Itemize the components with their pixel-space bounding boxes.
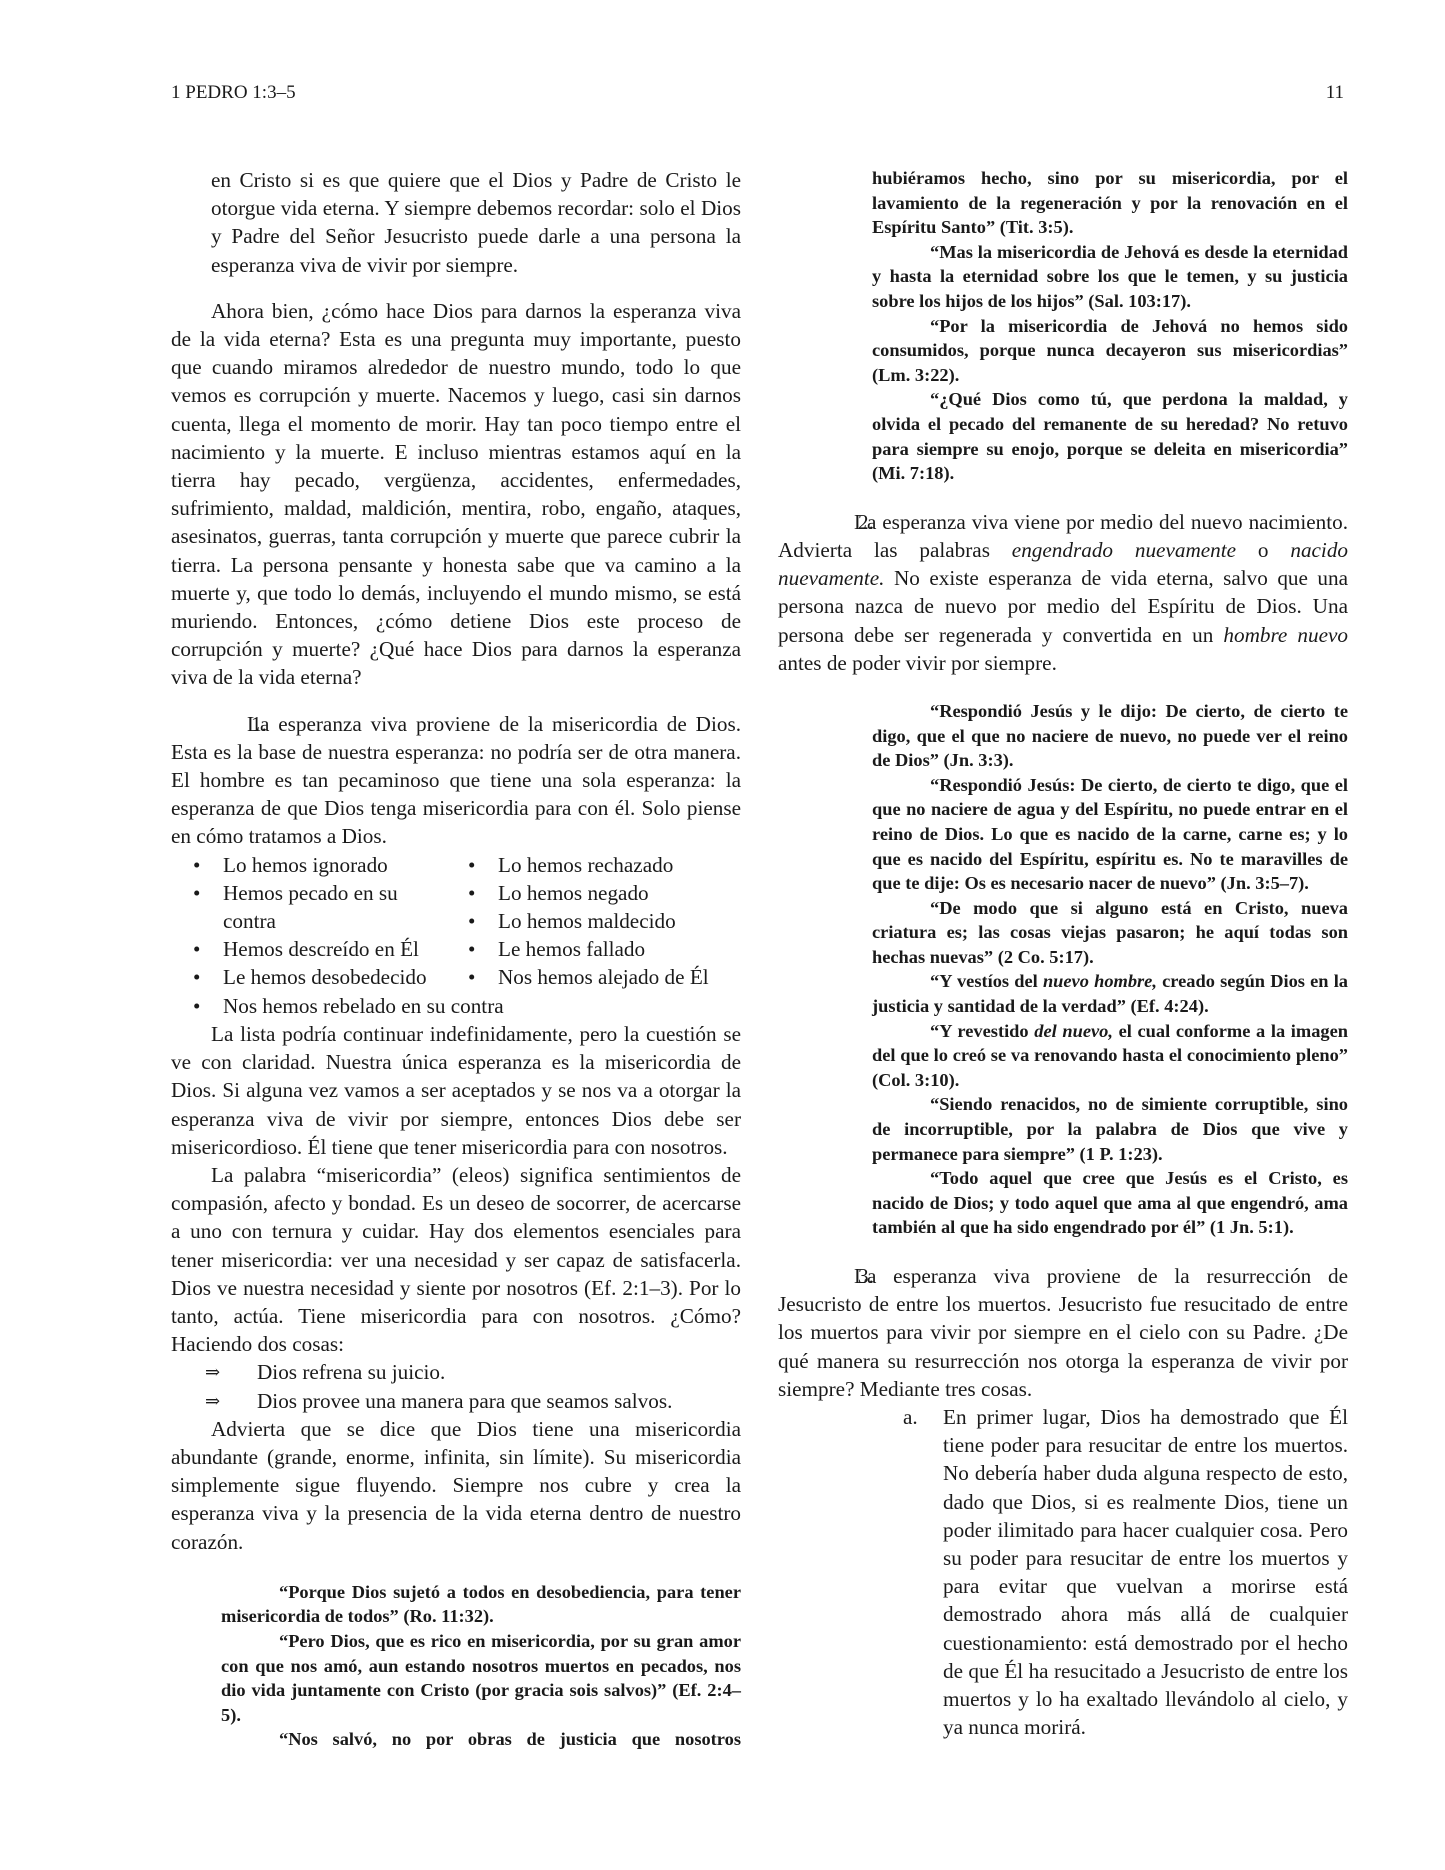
running-head: 1 PEDRO 1:3–5 [171, 82, 296, 104]
sub-point-text: En primer lugar, Dios ha demostrado que … [943, 1403, 1348, 1741]
scripture-quote: “Y vestíos del nuevo hombre, creado segú… [872, 969, 1348, 1018]
paragraph: La palabra “misericordia” (eleos) signif… [171, 1161, 741, 1358]
list-item: •Lo hemos ignorado [193, 851, 468, 879]
list-item: •Lo hemos maldecido [468, 907, 738, 935]
bullet-icon: • [193, 851, 223, 879]
sub-point-a: a. En primer lugar, Dios ha demostrado q… [778, 1403, 1348, 1741]
scripture-quote: “Todo aquel que cree que Jesús es el Cri… [872, 1166, 1348, 1240]
list-item: •Nos hemos alejado de Él [468, 963, 738, 991]
bullet-icon: • [193, 935, 223, 963]
point-number: 1. [211, 710, 247, 738]
bullet-icon: • [468, 879, 498, 907]
sub-point-label: a. [903, 1403, 943, 1741]
bullet-icon: • [468, 907, 498, 935]
list-item: •Lo hemos rechazado [468, 851, 738, 879]
list-item: •Le hemos desobedecido [193, 963, 468, 991]
point-2: 2.La esperanza viva viene por medio del … [778, 508, 1348, 677]
bullet-icon: • [468, 851, 498, 879]
list-item: •Le hemos fallado [468, 935, 738, 963]
scripture-quote: “De modo que si alguno está en Cristo, n… [872, 896, 1348, 970]
point-number: 2. [818, 508, 854, 536]
paragraph: Advierta que se dice que Dios tiene una … [171, 1415, 741, 1556]
scripture-quote: “Porque Dios sujetó a todos en desobedie… [221, 1580, 741, 1629]
list-item: •Hemos descreído en Él [193, 935, 468, 963]
point-3: 3.La esperanza viva proviene de la resur… [778, 1262, 1348, 1403]
bullet-icon: • [193, 963, 223, 991]
arrow-list-item: ⇒Dios provee una manera para que seamos … [171, 1387, 741, 1415]
scripture-quote: “Respondió Jesús y le dijo: De cierto, d… [872, 699, 1348, 773]
point-text: La esperanza viva proviene de la miseric… [171, 712, 741, 849]
bullet-icon: • [468, 963, 498, 991]
left-column: en Cristo si es que quiere que el Dios y… [171, 166, 741, 1752]
scripture-quotes: “Porque Dios sujetó a todos en desobedie… [171, 1580, 741, 1752]
scripture-quotes: “Respondió Jesús y le dijo: De cierto, d… [778, 699, 1348, 1240]
double-arrow-icon: ⇒ [205, 1387, 257, 1415]
arrow-list-item: ⇒Dios refrena su juicio. [171, 1358, 741, 1386]
scripture-quotes: hubiéramos hecho, sino por su misericord… [778, 166, 1348, 486]
scripture-quote: “Y revestido del nuevo, el cual conforme… [872, 1019, 1348, 1093]
scripture-quote: “Nos salvó, no por obras de justicia que… [221, 1727, 741, 1752]
bullet-list: •Lo hemos ignorado •Lo hemos rechazado •… [171, 851, 741, 1020]
paragraph: Ahora bien, ¿cómo hace Dios para darnos … [171, 297, 741, 692]
point-1: 1.La esperanza viva proviene de la miser… [171, 710, 741, 851]
bullet-icon: • [193, 992, 223, 1020]
page-number: 11 [1326, 82, 1344, 104]
point-number: 3. [818, 1262, 854, 1290]
list-item: •Hemos pecado en su contra [193, 879, 468, 935]
scripture-quote: “Siendo renacidos, no de simiente corrup… [872, 1092, 1348, 1166]
list-item: •Nos hemos rebelado en su contra [193, 992, 738, 1020]
paragraph: La lista podría continuar indefinidament… [171, 1020, 741, 1161]
bullet-icon: • [468, 935, 498, 963]
list-item: •Lo hemos negado [468, 879, 738, 907]
scripture-quote: “Pero Dios, que es rico en misericordia,… [221, 1629, 741, 1727]
right-column: hubiéramos hecho, sino por su misericord… [778, 166, 1348, 1741]
scripture-quote: “¿Qué Dios como tú, que perdona la malda… [872, 387, 1348, 485]
double-arrow-icon: ⇒ [205, 1358, 257, 1386]
paragraph-continued: en Cristo si es que quiere que el Dios y… [171, 166, 741, 279]
scripture-quote: hubiéramos hecho, sino por su misericord… [872, 166, 1348, 240]
scripture-quote: “Por la misericordia de Jehová no hemos … [872, 314, 1348, 388]
scripture-quote: “Mas la misericordia de Jehová es desde … [872, 240, 1348, 314]
scripture-quote: “Respondió Jesús: De cierto, de cierto t… [872, 773, 1348, 896]
bullet-icon: • [193, 879, 223, 935]
